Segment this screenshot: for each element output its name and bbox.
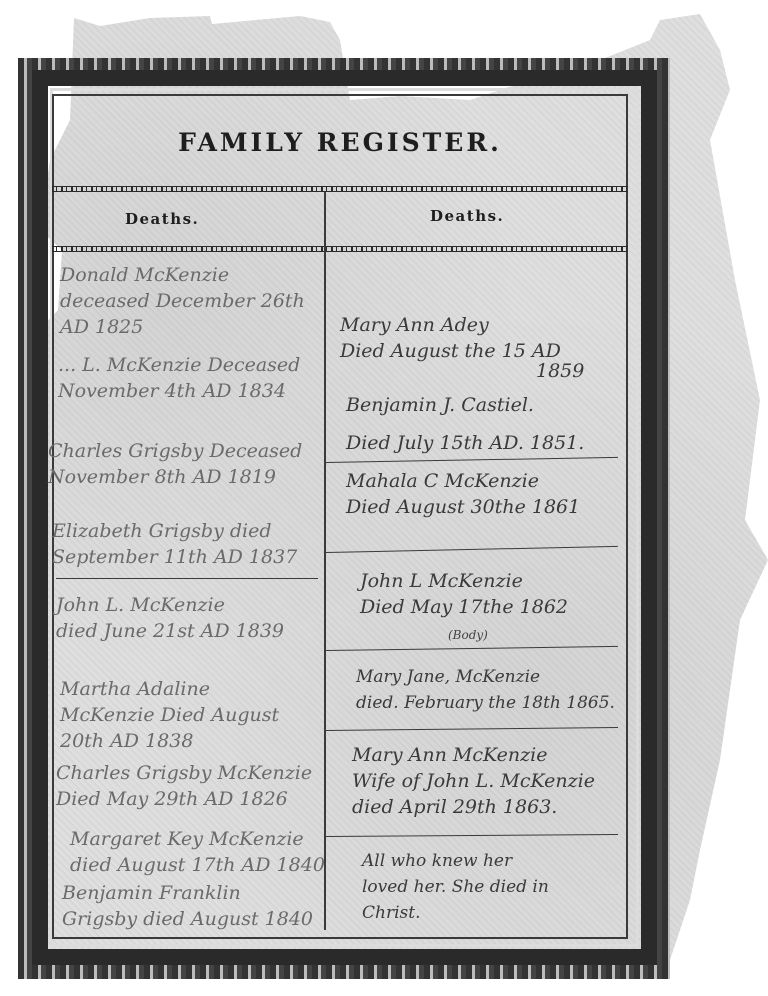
entry-line: Wife of John L. McKenzie	[352, 768, 595, 794]
entry-line: Martha Adaline	[60, 676, 279, 702]
entry-line: All who knew her	[362, 848, 549, 874]
entry-line: John L. McKenzie	[56, 592, 284, 618]
left-entry-7: Charles Grigsby McKenzie Died May 29th A…	[56, 760, 312, 812]
entry-line: Grigsby died August 1840	[62, 906, 313, 932]
entry-line: ... L. McKenzie Deceased	[58, 352, 300, 378]
entry-line: deceased December 26th	[60, 288, 305, 314]
register-title: FAMILY REGISTER.	[52, 128, 628, 157]
entry-line: Mary Jane, McKenzie	[356, 664, 615, 690]
entry-line: died June 21st AD 1839	[56, 618, 284, 644]
right-entry-5: Mary Jane, McKenzie died. February the 1…	[356, 664, 615, 716]
body-annotation: (Body)	[448, 628, 488, 642]
entry-line: September 11th AD 1837	[52, 544, 297, 570]
right-entry-6: Mary Ann McKenzie Wife of John L. McKenz…	[352, 742, 595, 820]
entry-line: Mary Ann Adey	[340, 312, 584, 338]
chain-divider-top	[52, 186, 628, 192]
entry-line: Charles Grigsby McKenzie	[56, 760, 312, 786]
right-entry-3: Mahala C McKenzie Died August 30the 1861	[346, 468, 580, 520]
entry-line: John L McKenzie	[360, 568, 568, 594]
entry-line: Margaret Key McKenzie	[70, 826, 325, 852]
entry-line: died April 29th 1863.	[352, 794, 595, 820]
entry-line: Elizabeth Grigsby died	[52, 518, 297, 544]
right-entry-7: All who knew her loved her. She died in …	[362, 848, 549, 926]
column-divider	[324, 192, 326, 930]
entry-line: November 8th AD 1819	[48, 464, 302, 490]
entry-line: Died May 29th AD 1826	[56, 786, 312, 812]
entry-line: Mary Ann McKenzie	[352, 742, 595, 768]
scanned-document-page: FAMILY REGISTER. Deaths. Deaths. Donald …	[0, 0, 768, 996]
left-entry-2: ... L. McKenzie Deceased November 4th AD…	[58, 352, 300, 404]
entry-line: Donald McKenzie	[60, 262, 305, 288]
left-entry-5: John L. McKenzie died June 21st AD 1839	[56, 592, 284, 644]
entry-line: Benjamin Franklin	[62, 880, 313, 906]
entry-line: Mahala C McKenzie	[346, 468, 580, 494]
left-entry-8: Margaret Key McKenzie died August 17th A…	[70, 826, 325, 878]
chain-divider-bottom	[52, 246, 628, 252]
entry-line: died. February the 18th 1865.	[356, 690, 615, 716]
left-entry-1: Donald McKenzie deceased December 26th A…	[60, 262, 305, 340]
left-entry-9: Benjamin Franklin Grigsby died August 18…	[62, 880, 313, 932]
right-entry-4: John L McKenzie Died May 17the 1862	[360, 568, 568, 620]
entry-line: loved her. She died in	[362, 874, 549, 900]
column-header-right: Deaths.	[430, 207, 504, 225]
entry-line: Died July 15th AD. 1851.	[346, 430, 584, 456]
entry-line: McKenzie Died August	[60, 702, 279, 728]
entry-line: Christ.	[362, 900, 549, 926]
entry-line: AD 1825	[60, 314, 305, 340]
entry-line: Died August 30the 1861	[346, 494, 580, 520]
entry-line: 20th AD 1838	[60, 728, 279, 754]
left-entry-4: Elizabeth Grigsby died September 11th AD…	[52, 518, 297, 570]
right-entry-2: Benjamin J. Castiel. Died July 15th AD. …	[346, 392, 584, 456]
entry-line: died August 17th AD 1840	[70, 852, 325, 878]
right-entry-1: Mary Ann Adey Died August the 15 AD 1859	[340, 312, 584, 384]
left-entry-6: Martha Adaline McKenzie Died August 20th…	[60, 676, 279, 754]
entry-line: Benjamin J. Castiel.	[346, 392, 584, 418]
entry-line: Died May 17the 1862	[360, 594, 568, 620]
entry-separator	[56, 578, 318, 579]
left-entry-3: Charles Grigsby Deceased November 8th AD…	[48, 438, 302, 490]
entry-line: November 4th AD 1834	[58, 378, 300, 404]
entry-line: Charles Grigsby Deceased	[48, 438, 302, 464]
column-header-left: Deaths.	[125, 210, 199, 228]
